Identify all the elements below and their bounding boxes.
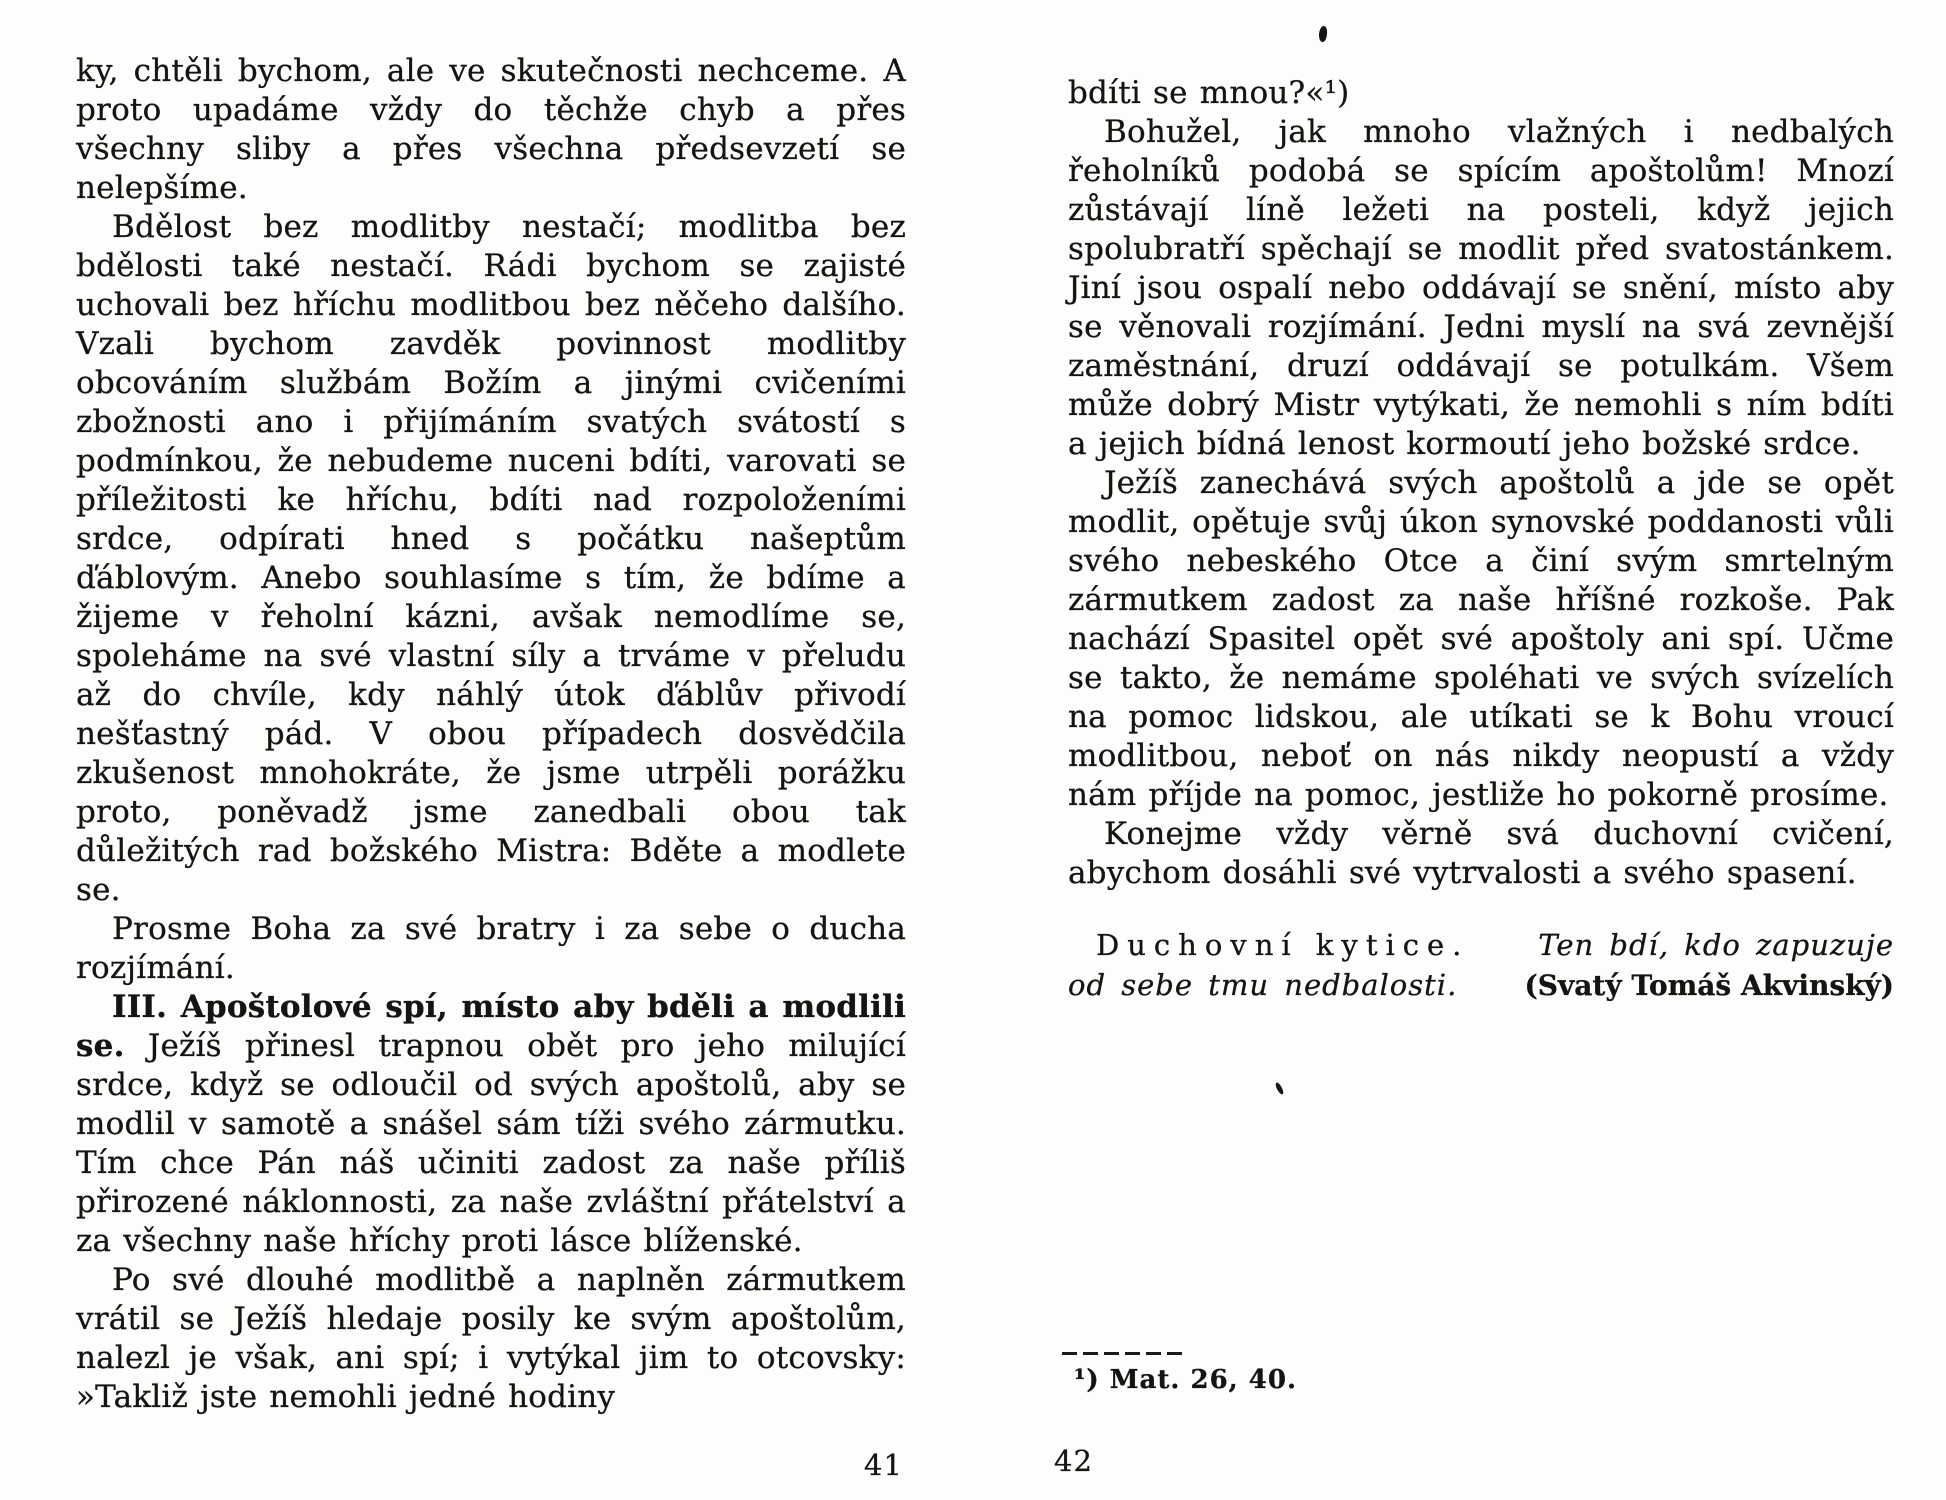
spiritual-bouquet-row: od sebe tmu nedbalosti. (Svatý Tomáš Akv… (1068, 965, 1894, 1006)
book-page-right: bdíti se mnou?«¹) Bohužel, jak mnoho vla… (1068, 74, 1894, 1006)
paragraph: Po své dlouhé modlitbě a naplněn zármutk… (76, 1261, 906, 1417)
page-number-right: 42 (1054, 1444, 1093, 1478)
paragraph: Bdělost bez modlitby nestačí; modlitba b… (76, 208, 906, 910)
spiritual-bouquet-row: Duchovní kytice. Ten bdí, kdo zapuzuje (1068, 925, 1894, 965)
spiritual-bouquet-quote-line2: od sebe tmu nedbalosti. (1068, 965, 1457, 1005)
paragraph-continuation: ky, chtěli bychom, ale ve skutečnosti ne… (76, 52, 906, 208)
paragraph: Prosme Boha za své bratry i za sebe o du… (76, 910, 906, 988)
section-body-text: Ježíš přinesl trapnou obět pro jeho milu… (76, 1028, 906, 1259)
paragraph: Ježíš zanechává svých apoštolů a jde se … (1068, 464, 1894, 815)
paragraph: Bohužel, jak mnoho vlažných i nedbalých … (1068, 113, 1894, 464)
footnote-block: ¹) Mat. 26, 40. (1062, 1352, 1297, 1395)
spiritual-bouquet-attribution: (Svatý Tomáš Akvinský) (1525, 966, 1894, 1006)
paragraph: Konejme vždy věrně svá duchovní cvičení,… (1068, 815, 1894, 893)
spiritual-bouquet-quote-line1: Ten bdí, kdo zapuzuje (1538, 925, 1894, 965)
footnote-text: ¹) Mat. 26, 40. (1062, 1365, 1297, 1395)
footnote-rule (1062, 1352, 1184, 1355)
ink-speck (1274, 1082, 1285, 1096)
scanned-book-spread: ky, chtěli bychom, ale ve skutečnosti ne… (0, 0, 1946, 1500)
book-page-left: ky, chtěli bychom, ale ve skutečnosti ne… (76, 52, 906, 1417)
page-number-left: 41 (864, 1448, 903, 1482)
paragraph-continuation: bdíti se mnou?«¹) (1068, 74, 1894, 113)
spiritual-bouquet-block: Duchovní kytice. Ten bdí, kdo zapuzuje o… (1068, 925, 1894, 1006)
spiritual-bouquet-label: Duchovní kytice. (1068, 925, 1469, 965)
ink-speck (1318, 25, 1329, 42)
section-paragraph: III. Apoštolové spí, místo aby bděli a m… (76, 988, 906, 1261)
